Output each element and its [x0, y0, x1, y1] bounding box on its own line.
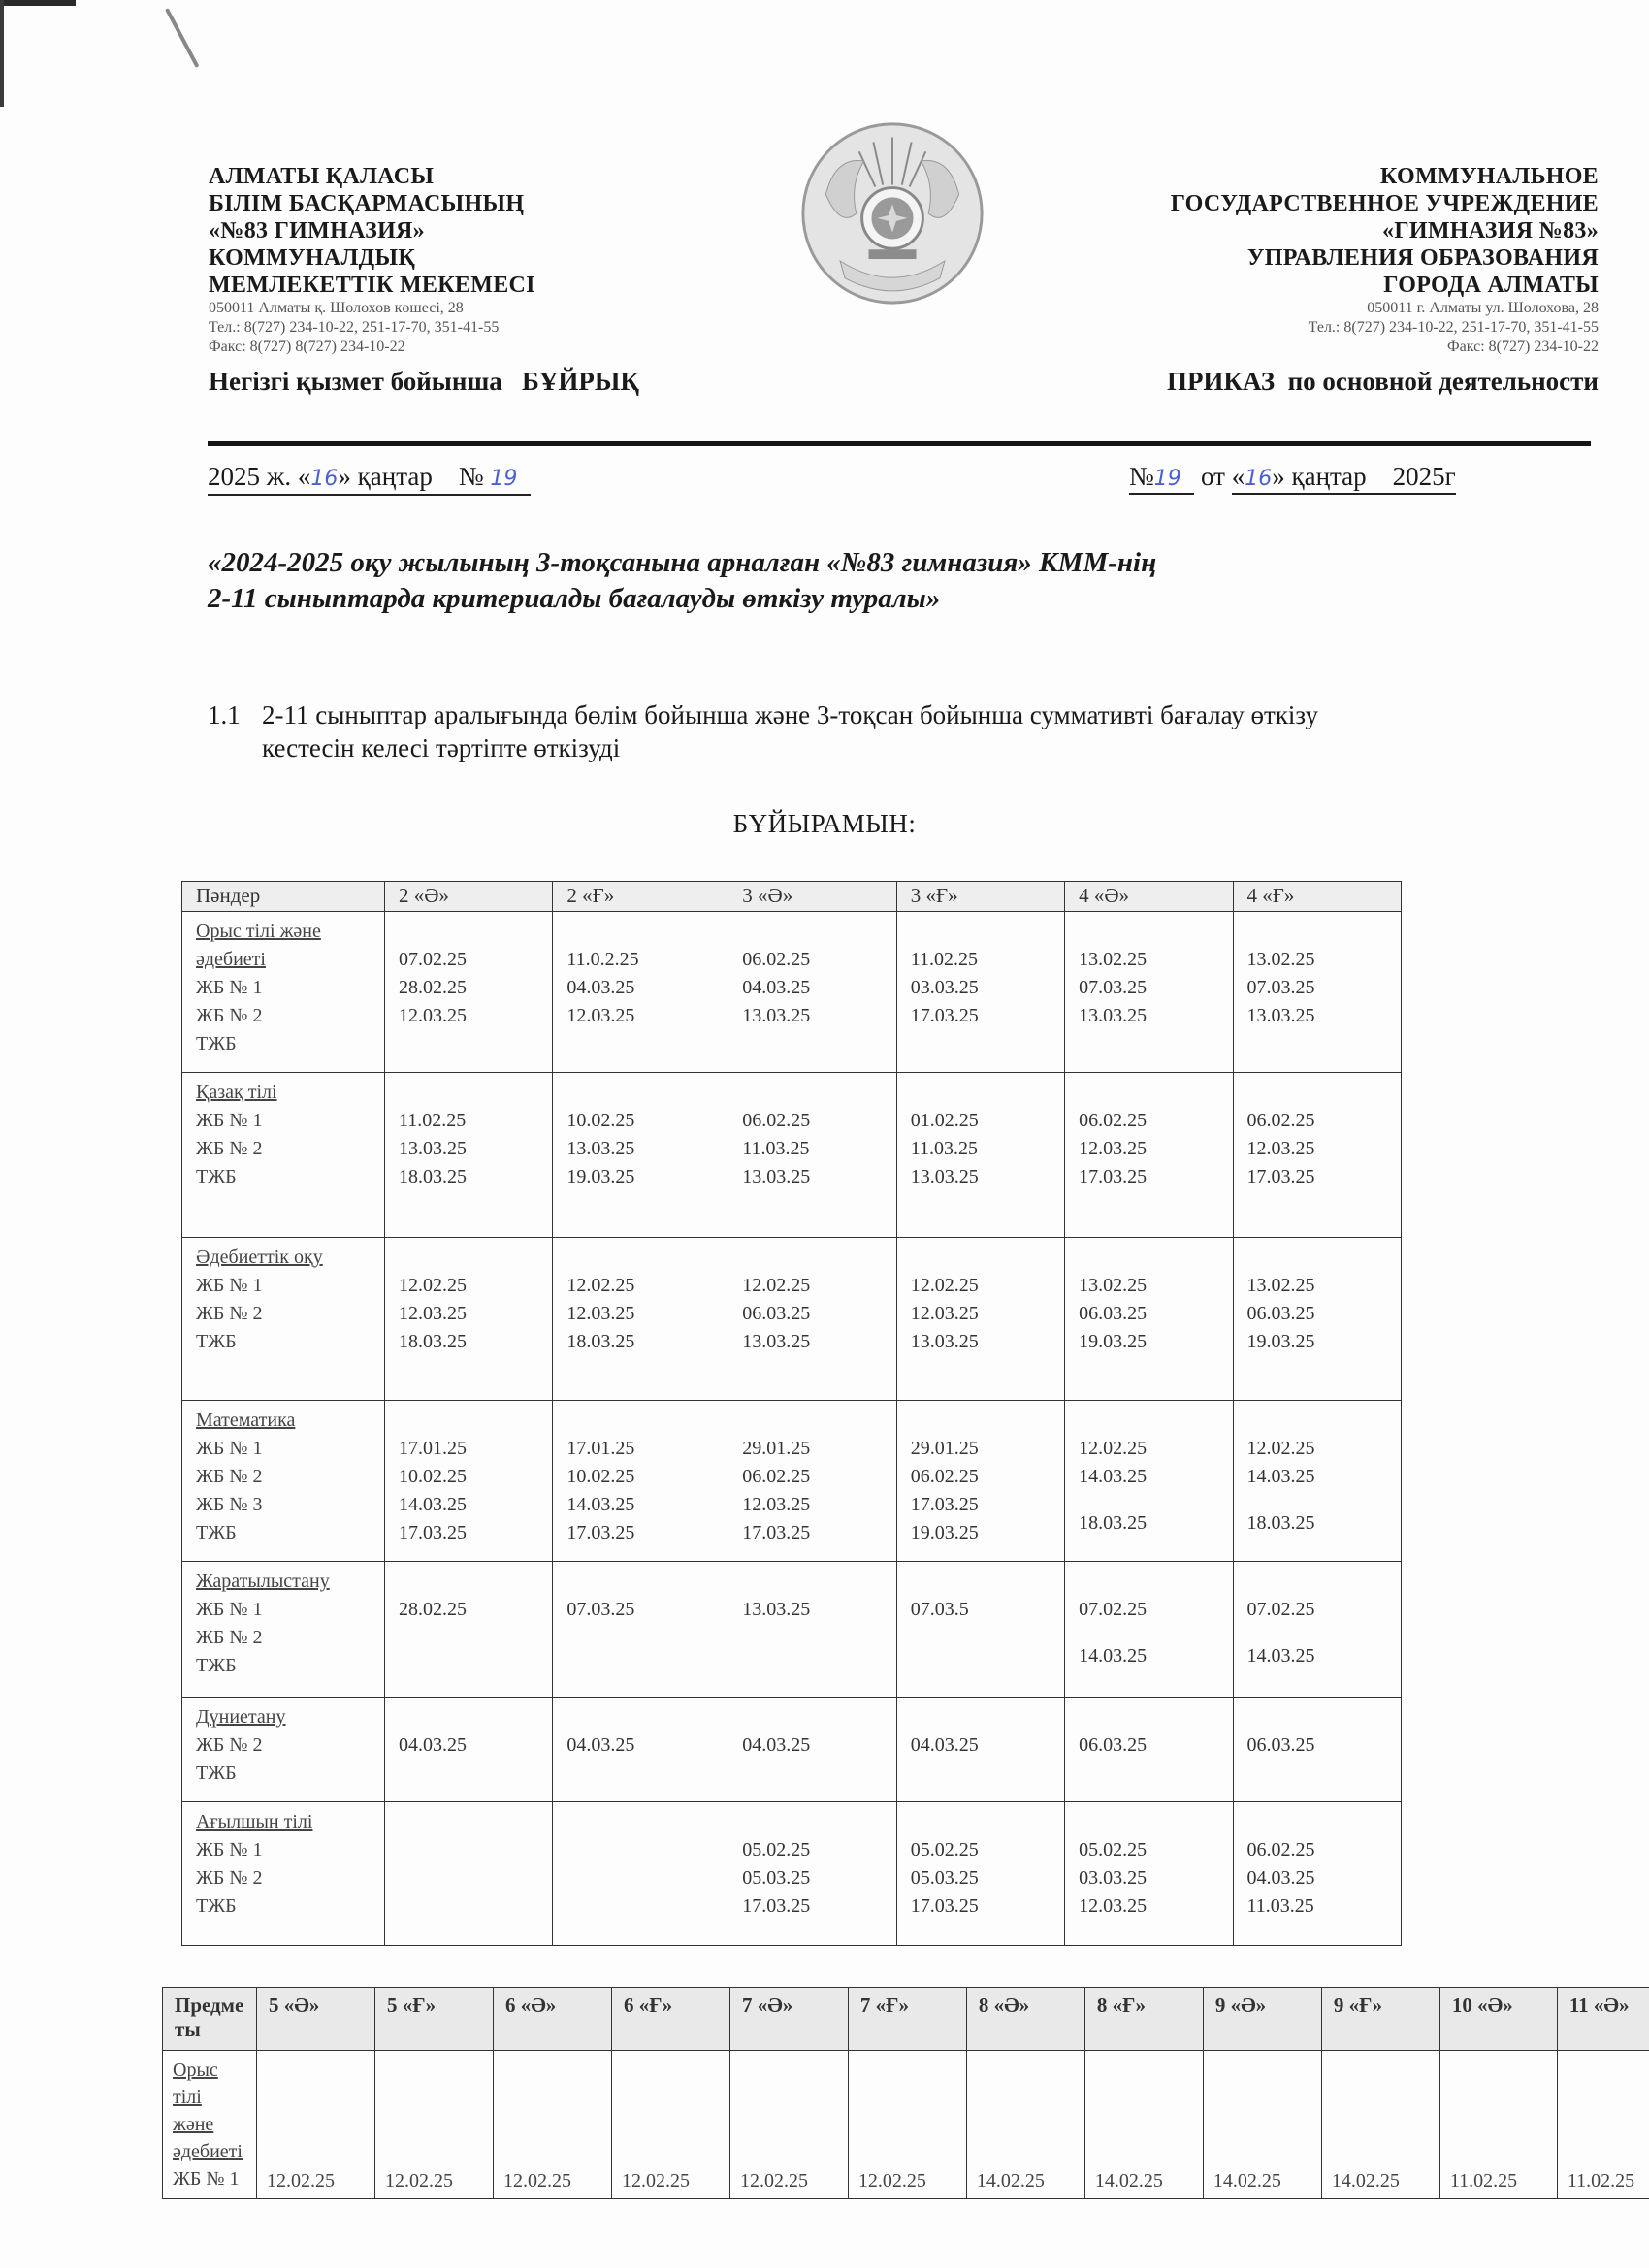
assessment-date: 06.03.25: [1079, 1732, 1218, 1760]
assessment-label: ЖБ № 1: [196, 1107, 371, 1135]
assessment-date: 29.01.25: [911, 1435, 1051, 1463]
table-header-row: Предметы5 «Ә»5 «Ғ»6 «Ә»6 «Ғ»7 «Ә»7 «Ғ»8 …: [163, 1988, 1649, 2051]
assessment-date: 17.03.25: [742, 1519, 882, 1547]
date-cell: 07.02.2528.02.2512.03.25: [385, 912, 553, 1073]
date-cell: 12.02.2514.03.2518.03.25: [1065, 1401, 1233, 1562]
date-cell: 13.02.2506.03.2519.03.25: [1233, 1238, 1401, 1401]
subject-cell: Орыс тілі және әдебиетіЖБ № 1: [163, 2051, 257, 2199]
date-cell: 11.02.2513.03.2518.03.25: [385, 1073, 553, 1238]
table-row: Әдебиеттік оқуЖБ № 1ЖБ № 2ТЖБ12.02.2512.…: [182, 1238, 1402, 1401]
table-row: Ағылшын тіліЖБ № 1ЖБ № 2ТЖБ05.02.2505.03…: [182, 1802, 1402, 1946]
assessment-date: 04.03.25: [399, 1732, 538, 1760]
scan-scratch-mark: [165, 8, 199, 68]
assessment-date: 03.03.25: [1079, 1864, 1218, 1893]
assessment-date: 03.03.25: [911, 974, 1051, 1002]
assessment-date: 18.03.25: [566, 1328, 714, 1356]
assessment-date: 14.03.25: [1079, 1463, 1218, 1491]
date-cell: 12.02.25: [729, 2051, 848, 2199]
assessment-date: 13.03.25: [742, 1328, 882, 1356]
date-cell: 11.0.2.2504.03.2512.03.25: [553, 912, 728, 1073]
date-cell: 11.02.25: [1439, 2051, 1557, 2199]
assessment-date: 04.03.25: [742, 1732, 882, 1760]
column-header: 4 «Ә»: [1065, 882, 1233, 912]
header-right-russian: КОММУНАЛЬНОЕГОСУДАРСТВЕННОЕ УЧРЕЖДЕНИЕ«Г…: [997, 163, 1599, 398]
date-cell: 06.02.2512.03.2517.03.25: [1233, 1073, 1401, 1238]
date-cell: 06.02.2504.03.2513.03.25: [728, 912, 896, 1073]
header-left-kazakh: АЛМАТЫ ҚАЛАСЫБІЛІМ БАСҚАРМАСЫНЫҢ«№83 ГИМ…: [209, 163, 752, 398]
org-name-line: «ГИМНАЗИЯ №83»: [997, 217, 1599, 244]
date-cell: 13.03.25: [728, 1562, 896, 1698]
column-header: Пәндер: [182, 882, 385, 912]
fax: Факс: 8(727) 234-10-22: [997, 338, 1599, 357]
column-header: Предметы: [163, 1988, 257, 2051]
assessment-date: 17.03.25: [566, 1519, 714, 1547]
subject-name: Жаратылыстану: [196, 1568, 371, 1596]
assessment-date: 14.03.25: [1247, 1463, 1387, 1491]
assessment-date: 12.03.25: [742, 1491, 882, 1519]
assessment-date: 18.03.25: [399, 1328, 538, 1356]
assessment-date: 06.02.25: [742, 1463, 882, 1491]
clause-text: 2-11 сыныптар аралығында бөлім бойынша ж…: [262, 700, 1318, 729]
scan-edge-artifact: [0, 0, 76, 6]
state-emblem-icon: [797, 118, 987, 308]
assessment-date: 10.02.25: [566, 1107, 714, 1135]
assessment-date: 12.02.25: [1079, 1435, 1218, 1463]
assessment-label: ЖБ № 1: [196, 1272, 371, 1300]
date-text: от: [1194, 462, 1231, 491]
assessment-date: 17.03.25: [1247, 1163, 1387, 1191]
assessment-date: 17.03.25: [911, 1893, 1051, 1921]
assessment-date: 29.01.25: [742, 1435, 882, 1463]
assessment-label: ЖБ № 1: [196, 1435, 371, 1463]
schedule-table-grades-5-11: Предметы5 «Ә»5 «Ғ»6 «Ә»6 «Ғ»7 «Ә»7 «Ғ»8 …: [162, 1987, 1649, 2199]
subject-cell: МатематикаЖБ № 1ЖБ № 2ЖБ № 3ТЖБ: [182, 1401, 385, 1562]
assessment-date: [1247, 1624, 1387, 1642]
assessment-date: 05.02.25: [911, 1836, 1051, 1864]
date-cell: 04.03.25: [728, 1698, 896, 1802]
assessment-date: 07.03.25: [566, 1596, 714, 1624]
address: 050011 Алматы қ. Шолохов көшесі, 28: [209, 299, 752, 318]
org-name-line: УПРАВЛЕНИЯ ОБРАЗОВАНИЯ: [997, 244, 1599, 272]
assessment-date: 12.03.25: [566, 1002, 714, 1030]
subject-name: Орыс тілі және әдебиеті: [173, 2057, 246, 2165]
column-header: 6 «Ғ»: [611, 1988, 729, 2051]
date-cell: 29.01.2506.02.2517.03.2519.03.25: [896, 1401, 1064, 1562]
column-header: 6 «Ә»: [493, 1988, 611, 2051]
assessment-date: 12.03.25: [399, 1002, 538, 1030]
table-row: Қазақ тіліЖБ № 1ЖБ № 2ТЖБ11.02.2513.03.2…: [182, 1073, 1402, 1238]
date-cell: 13.02.2507.03.2513.03.25: [1065, 912, 1233, 1073]
date-cell: 12.02.25: [257, 2051, 375, 2199]
table-row: ЖаратылыстануЖБ № 1ЖБ № 2ТЖБ28.02.2507.0…: [182, 1562, 1402, 1698]
date-cell: 04.03.25: [553, 1698, 728, 1802]
assessment-label: ТЖБ: [196, 1030, 371, 1058]
assessment-date: 06.02.25: [1247, 1836, 1387, 1864]
clause-number: 1.1: [208, 698, 262, 731]
subject-cell: Қазақ тіліЖБ № 1ЖБ № 2ТЖБ: [182, 1073, 385, 1238]
date-cell: 29.01.2506.02.2512.03.2517.03.25: [728, 1401, 896, 1562]
date-cell: 12.02.2512.03.2518.03.25: [553, 1238, 728, 1401]
date-cell: 12.02.25: [493, 2051, 611, 2199]
date-cell: [385, 1802, 553, 1946]
date-cell: 06.02.2511.03.2513.03.25: [728, 1073, 896, 1238]
assessment-label: ЖБ № 2: [196, 1463, 371, 1491]
handwritten-number: 19: [490, 467, 517, 491]
date-cell: 13.02.2507.03.2513.03.25: [1233, 912, 1401, 1073]
date-cell: 06.02.2504.03.2511.03.25: [1233, 1802, 1401, 1946]
assessment-date: 11.03.25: [911, 1135, 1051, 1163]
fax: Факс: 8(727) 8(727) 234-10-22: [209, 338, 752, 357]
assessment-date: 05.02.25: [1079, 1836, 1218, 1864]
date-cell: 07.02.2514.03.25: [1233, 1562, 1401, 1698]
decree-heading: БҰЙЫРАМЫН:: [0, 809, 1649, 839]
assessment-date: 07.02.25: [1247, 1596, 1387, 1624]
assessment-date: 11.02.25: [911, 946, 1051, 974]
column-header: 3 «Ә»: [728, 882, 896, 912]
assessment-label: ТЖБ: [196, 1652, 371, 1680]
assessment-date: 19.03.25: [911, 1519, 1051, 1547]
date-cell: 05.02.2505.03.2517.03.25: [728, 1802, 896, 1946]
column-header: 9 «Ә»: [1203, 1988, 1321, 2051]
assessment-date: 12.02.25: [566, 1272, 714, 1300]
assessment-date: 13.02.25: [1247, 946, 1387, 974]
date-cell: 07.03.25: [553, 1562, 728, 1698]
subject-name: Ағылшын тілі: [196, 1808, 371, 1836]
assessment-date: [1079, 1624, 1218, 1642]
assessment-date: 11.03.25: [1247, 1893, 1387, 1921]
address: 050011 г. Алматы ул. Шолохова, 28: [997, 299, 1599, 318]
date-cell: 12.02.2506.03.2513.03.25: [728, 1238, 896, 1401]
table-row: Орыс тілі және әдебиетіЖБ № 1ЖБ № 2ТЖБ07…: [182, 912, 1402, 1073]
assessment-date: 12.02.25: [399, 1272, 538, 1300]
assessment-date: 04.03.25: [566, 974, 714, 1002]
column-header: 7 «Ғ»: [848, 1988, 966, 2051]
date-cell: 06.03.25: [1233, 1698, 1401, 1802]
order-title-kz: Негізгі қызмет бойынша БҰЙРЫҚ: [209, 365, 752, 398]
assessment-date: 05.02.25: [742, 1836, 882, 1864]
date-cell: 05.02.2503.03.2512.03.25: [1065, 1802, 1233, 1946]
assessment-date: 17.03.25: [1079, 1163, 1218, 1191]
date-cell: 14.02.25: [1203, 2051, 1321, 2199]
clause-text: кестесін келесі тәртіпте өткізуді: [208, 731, 1585, 764]
assessment-date: 12.02.25: [911, 1272, 1051, 1300]
table-header-row: Пәндер2 «Ә»2 «Ғ»3 «Ә»3 «Ғ»4 «Ә»4 «Ғ»: [182, 882, 1402, 912]
subject-cell: Орыс тілі және әдебиетіЖБ № 1ЖБ № 2ТЖБ: [182, 912, 385, 1073]
column-header: 9 «Ғ»: [1321, 1988, 1439, 2051]
assessment-date: 12.02.25: [1247, 1435, 1387, 1463]
assessment-date: 04.03.25: [566, 1732, 714, 1760]
table-row: ДүниетануЖБ № 2ТЖБ04.03.2504.03.2504.03.…: [182, 1698, 1402, 1802]
assessment-date: 12.03.25: [1079, 1893, 1218, 1921]
column-header: 7 «Ә»: [729, 1988, 848, 2051]
scan-edge-artifact: [0, 0, 4, 107]
date-text: 2025 ж. «: [208, 462, 310, 491]
assessment-date: 18.03.25: [399, 1163, 538, 1191]
assessment-date: 06.02.25: [742, 946, 882, 974]
phone: Тел.: 8(727) 234-10-22, 251-17-70, 351-4…: [209, 318, 752, 338]
assessment-label: ЖБ № 1: [196, 1836, 371, 1864]
assessment-date: 12.03.25: [911, 1300, 1051, 1328]
assessment-date: [1079, 1491, 1218, 1509]
subject-cell: ДүниетануЖБ № 2ТЖБ: [182, 1698, 385, 1802]
assessment-date: 12.03.25: [566, 1300, 714, 1328]
org-name-line: «№83 ГИМНАЗИЯ»: [209, 217, 752, 244]
subject-name: Математика: [196, 1407, 371, 1435]
date-cell: 17.01.2510.02.2514.03.2517.03.25: [385, 1401, 553, 1562]
assessment-date: 13.03.25: [911, 1328, 1051, 1356]
assessment-date: 13.03.25: [742, 1002, 882, 1030]
assessment-date: 14.03.25: [1247, 1642, 1387, 1670]
assessment-date: 13.02.25: [1079, 1272, 1218, 1300]
assessment-label: ТЖБ: [196, 1519, 371, 1547]
assessment-date: 06.03.25: [1079, 1300, 1218, 1328]
column-header: 11 «Ә»: [1557, 1988, 1649, 2051]
date-cell: 04.03.25: [896, 1698, 1064, 1802]
column-header: 5 «Ғ»: [374, 1988, 493, 2051]
assessment-label: ЖБ № 2: [196, 1864, 371, 1893]
assessment-date: 17.03.25: [911, 1491, 1051, 1519]
assessment-date: 13.03.25: [399, 1135, 538, 1163]
date-text: » қаңтар 2025г: [1272, 462, 1456, 491]
date-cell: 13.02.2506.03.2519.03.25: [1065, 1238, 1233, 1401]
assessment-label: ЖБ № 2: [196, 1135, 371, 1163]
assessment-date: 19.03.25: [1079, 1328, 1218, 1356]
assessment-label: ТЖБ: [196, 1163, 371, 1191]
assessment-date: 13.03.25: [1247, 1002, 1387, 1030]
assessment-date: 07.03.25: [1079, 974, 1218, 1002]
assessment-date: 13.02.25: [1079, 946, 1218, 974]
order-title-ru: ПРИКАЗ по основной деятельности: [997, 365, 1599, 398]
column-header: 2 «Ә»: [385, 882, 553, 912]
schedule-table-grades-2-4: Пәндер2 «Ә»2 «Ғ»3 «Ә»3 «Ғ»4 «Ә»4 «Ғ»Орыс…: [181, 881, 1402, 1946]
assessment-date: 13.02.25: [1247, 1272, 1387, 1300]
handwritten-number: 19: [1154, 467, 1181, 491]
date-cell: 05.02.2505.03.2517.03.25: [896, 1802, 1064, 1946]
assessment-date: [1247, 1491, 1387, 1509]
assessment-date: 13.03.25: [742, 1596, 882, 1624]
assessment-label: ТЖБ: [196, 1760, 371, 1788]
date-cell: 17.01.2510.02.2514.03.2517.03.25: [553, 1401, 728, 1562]
column-header: 8 «Ә»: [966, 1988, 1084, 2051]
column-header: 3 «Ғ»: [896, 882, 1064, 912]
column-header: 5 «Ә»: [257, 1988, 375, 2051]
assessment-date: 12.03.25: [399, 1300, 538, 1328]
date-cell: 11.02.2503.03.2517.03.25: [896, 912, 1064, 1073]
assessment-label: ЖБ № 2: [196, 1300, 371, 1328]
assessment-date: 14.03.25: [1079, 1642, 1218, 1670]
assessment-date: 14.03.25: [566, 1491, 714, 1519]
date-text: «: [1232, 462, 1245, 491]
order-date-ru: №19 от «16» қаңтар 2025г: [1129, 462, 1456, 492]
table-row: МатематикаЖБ № 1ЖБ № 2ЖБ № 3ТЖБ17.01.251…: [182, 1401, 1402, 1562]
subject-cell: ЖаратылыстануЖБ № 1ЖБ № 2ТЖБ: [182, 1562, 385, 1698]
assessment-label: ЖБ № 3: [196, 1491, 371, 1519]
number-sign: №: [1129, 462, 1154, 491]
date-cell: 28.02.25: [385, 1562, 553, 1698]
assessment-date: 18.03.25: [1079, 1509, 1218, 1538]
assessment-date: 13.03.25: [566, 1135, 714, 1163]
order-date-kz: 2025 ж. «16» қаңтар № 19: [208, 462, 531, 496]
assessment-date: 10.02.25: [566, 1463, 714, 1491]
assessment-date: 17.03.25: [911, 1002, 1051, 1030]
document-title: «2024-2025 оқу жылының 3-тоқсанына арнал…: [208, 545, 1566, 617]
assessment-date: 28.02.25: [399, 1596, 538, 1624]
assessment-date: 19.03.25: [566, 1163, 714, 1191]
date-cell: 04.03.25: [385, 1698, 553, 1802]
table-row: Орыс тілі және әдебиетіЖБ № 112.02.2512.…: [163, 2051, 1649, 2199]
date-cell: 06.03.25: [1065, 1698, 1233, 1802]
assessment-date: 05.03.25: [911, 1864, 1051, 1893]
assessment-date: 01.02.25: [911, 1107, 1051, 1135]
date-cell: 07.03.5: [896, 1562, 1064, 1698]
assessment-date: 05.03.25: [742, 1864, 882, 1893]
assessment-date: 06.02.25: [742, 1107, 882, 1135]
assessment-date: 11.0.2.25: [566, 946, 714, 974]
assessment-date: 06.02.25: [911, 1463, 1051, 1491]
assessment-date: 06.03.25: [742, 1300, 882, 1328]
date-cell: 01.02.2511.03.2513.03.25: [896, 1073, 1064, 1238]
assessment-date: 06.03.25: [1247, 1732, 1387, 1760]
assessment-date: 13.03.25: [742, 1163, 882, 1191]
date-cell: 11.02.25: [1557, 2051, 1649, 2199]
assessment-date: 18.03.25: [1247, 1509, 1387, 1538]
date-cell: 14.02.25: [1321, 2051, 1439, 2199]
assessment-date: 07.02.25: [1079, 1596, 1218, 1624]
title-line: «2024-2025 оқу жылының 3-тоқсанына арнал…: [208, 545, 1566, 581]
assessment-label: ТЖБ: [196, 1328, 371, 1356]
subject-cell: Әдебиеттік оқуЖБ № 1ЖБ № 2ТЖБ: [182, 1238, 385, 1401]
assessment-date: 07.03.25: [1247, 974, 1387, 1002]
assessment-date: 14.03.25: [399, 1491, 538, 1519]
assessment-date: 04.03.25: [911, 1732, 1051, 1760]
org-name-line: КОММУНАЛДЫҚ: [209, 244, 752, 272]
handwritten-day: 16: [310, 467, 338, 491]
assessment-date: 17.03.25: [399, 1519, 538, 1547]
date-cell: 12.02.25: [374, 2051, 493, 2199]
assessment-date: 17.01.25: [566, 1435, 714, 1463]
date-cell: [553, 1802, 728, 1946]
assessment-date: 06.02.25: [1247, 1107, 1387, 1135]
column-header: 10 «Ә»: [1439, 1988, 1557, 2051]
org-name-line: ГОСУДАРСТВЕННОЕ УЧРЕЖДЕНИЕ: [997, 190, 1599, 217]
assessment-date: 04.03.25: [742, 974, 882, 1002]
assessment-date: 11.03.25: [742, 1135, 882, 1163]
date-cell: 14.02.25: [1084, 2051, 1203, 2199]
assessment-date: 17.01.25: [399, 1435, 538, 1463]
assessment-date: 06.02.25: [1079, 1107, 1218, 1135]
assessment-date: 12.03.25: [1079, 1135, 1218, 1163]
assessment-date: 11.02.25: [399, 1107, 538, 1135]
date-cell: 06.02.2512.03.2517.03.25: [1065, 1073, 1233, 1238]
date-cell: 07.02.2514.03.25: [1065, 1562, 1233, 1698]
date-cell: 12.02.25: [848, 2051, 966, 2199]
assessment-date: 12.03.25: [1247, 1135, 1387, 1163]
assessment-label: ЖБ № 1: [196, 1596, 371, 1624]
assessment-date: 04.03.25: [1247, 1864, 1387, 1893]
date-cell: 14.02.25: [966, 2051, 1084, 2199]
subject-name: Орыс тілі және әдебиеті: [196, 918, 371, 974]
assessment-date: 07.03.5: [911, 1596, 1051, 1624]
org-name-line: МЕМЛЕКЕТТІК МЕКЕМЕСІ: [209, 272, 752, 299]
date-cell: 12.02.2512.03.2513.03.25: [896, 1238, 1064, 1401]
assessment-date: 07.02.25: [399, 946, 538, 974]
title-line: 2-11 сыныптарда критериалды бағалауды өт…: [208, 581, 1566, 617]
subject-cell: Ағылшын тіліЖБ № 1ЖБ № 2ТЖБ: [182, 1802, 385, 1946]
date-cell: 12.02.25: [611, 2051, 729, 2199]
assessment-date: 13.03.25: [1079, 1002, 1218, 1030]
handwritten-day: 16: [1245, 467, 1272, 491]
column-header: 2 «Ғ»: [553, 882, 728, 912]
assessment-label: ТЖБ: [196, 1893, 371, 1921]
assessment-label: ЖБ № 2: [196, 1732, 371, 1760]
assessment-label: ЖБ № 1: [196, 974, 371, 1002]
assessment-date: 13.03.25: [911, 1163, 1051, 1191]
clause-1-1: 1.12-11 сыныптар аралығында бөлім бойынш…: [208, 698, 1585, 764]
column-header: 8 «Ғ»: [1084, 1988, 1203, 2051]
org-name-line: КОММУНАЛЬНОЕ: [997, 163, 1599, 190]
assessment-date: 12.02.25: [742, 1272, 882, 1300]
assessment-date: 06.03.25: [1247, 1300, 1387, 1328]
assessment-date: 10.02.25: [399, 1463, 538, 1491]
column-header: 4 «Ғ»: [1233, 882, 1401, 912]
date-text: » қаңтар №: [338, 462, 490, 491]
assessment-date: 28.02.25: [399, 974, 538, 1002]
org-name-line: БІЛІМ БАСҚАРМАСЫНЫҢ: [209, 190, 752, 217]
subject-name: Қазақ тілі: [196, 1079, 371, 1107]
assessment-date: 19.03.25: [1247, 1328, 1387, 1356]
phone: Тел.: 8(727) 234-10-22, 251-17-70, 351-4…: [997, 318, 1599, 338]
assessment-label: ЖБ № 1: [173, 2165, 246, 2192]
assessment-label: ЖБ № 2: [196, 1624, 371, 1652]
assessment-date: 17.03.25: [742, 1893, 882, 1921]
date-cell: 12.02.2514.03.2518.03.25: [1233, 1401, 1401, 1562]
assessment-label: ЖБ № 2: [196, 1002, 371, 1030]
date-cell: 12.02.2512.03.2518.03.25: [385, 1238, 553, 1401]
subject-name: Әдебиеттік оқу: [196, 1244, 371, 1272]
header-divider: [208, 441, 1591, 446]
subject-name: Дүниетану: [196, 1703, 371, 1732]
org-name-line: АЛМАТЫ ҚАЛАСЫ: [209, 163, 752, 190]
date-cell: 10.02.2513.03.2519.03.25: [553, 1073, 728, 1238]
org-name-line: ГОРОДА АЛМАТЫ: [997, 272, 1599, 299]
